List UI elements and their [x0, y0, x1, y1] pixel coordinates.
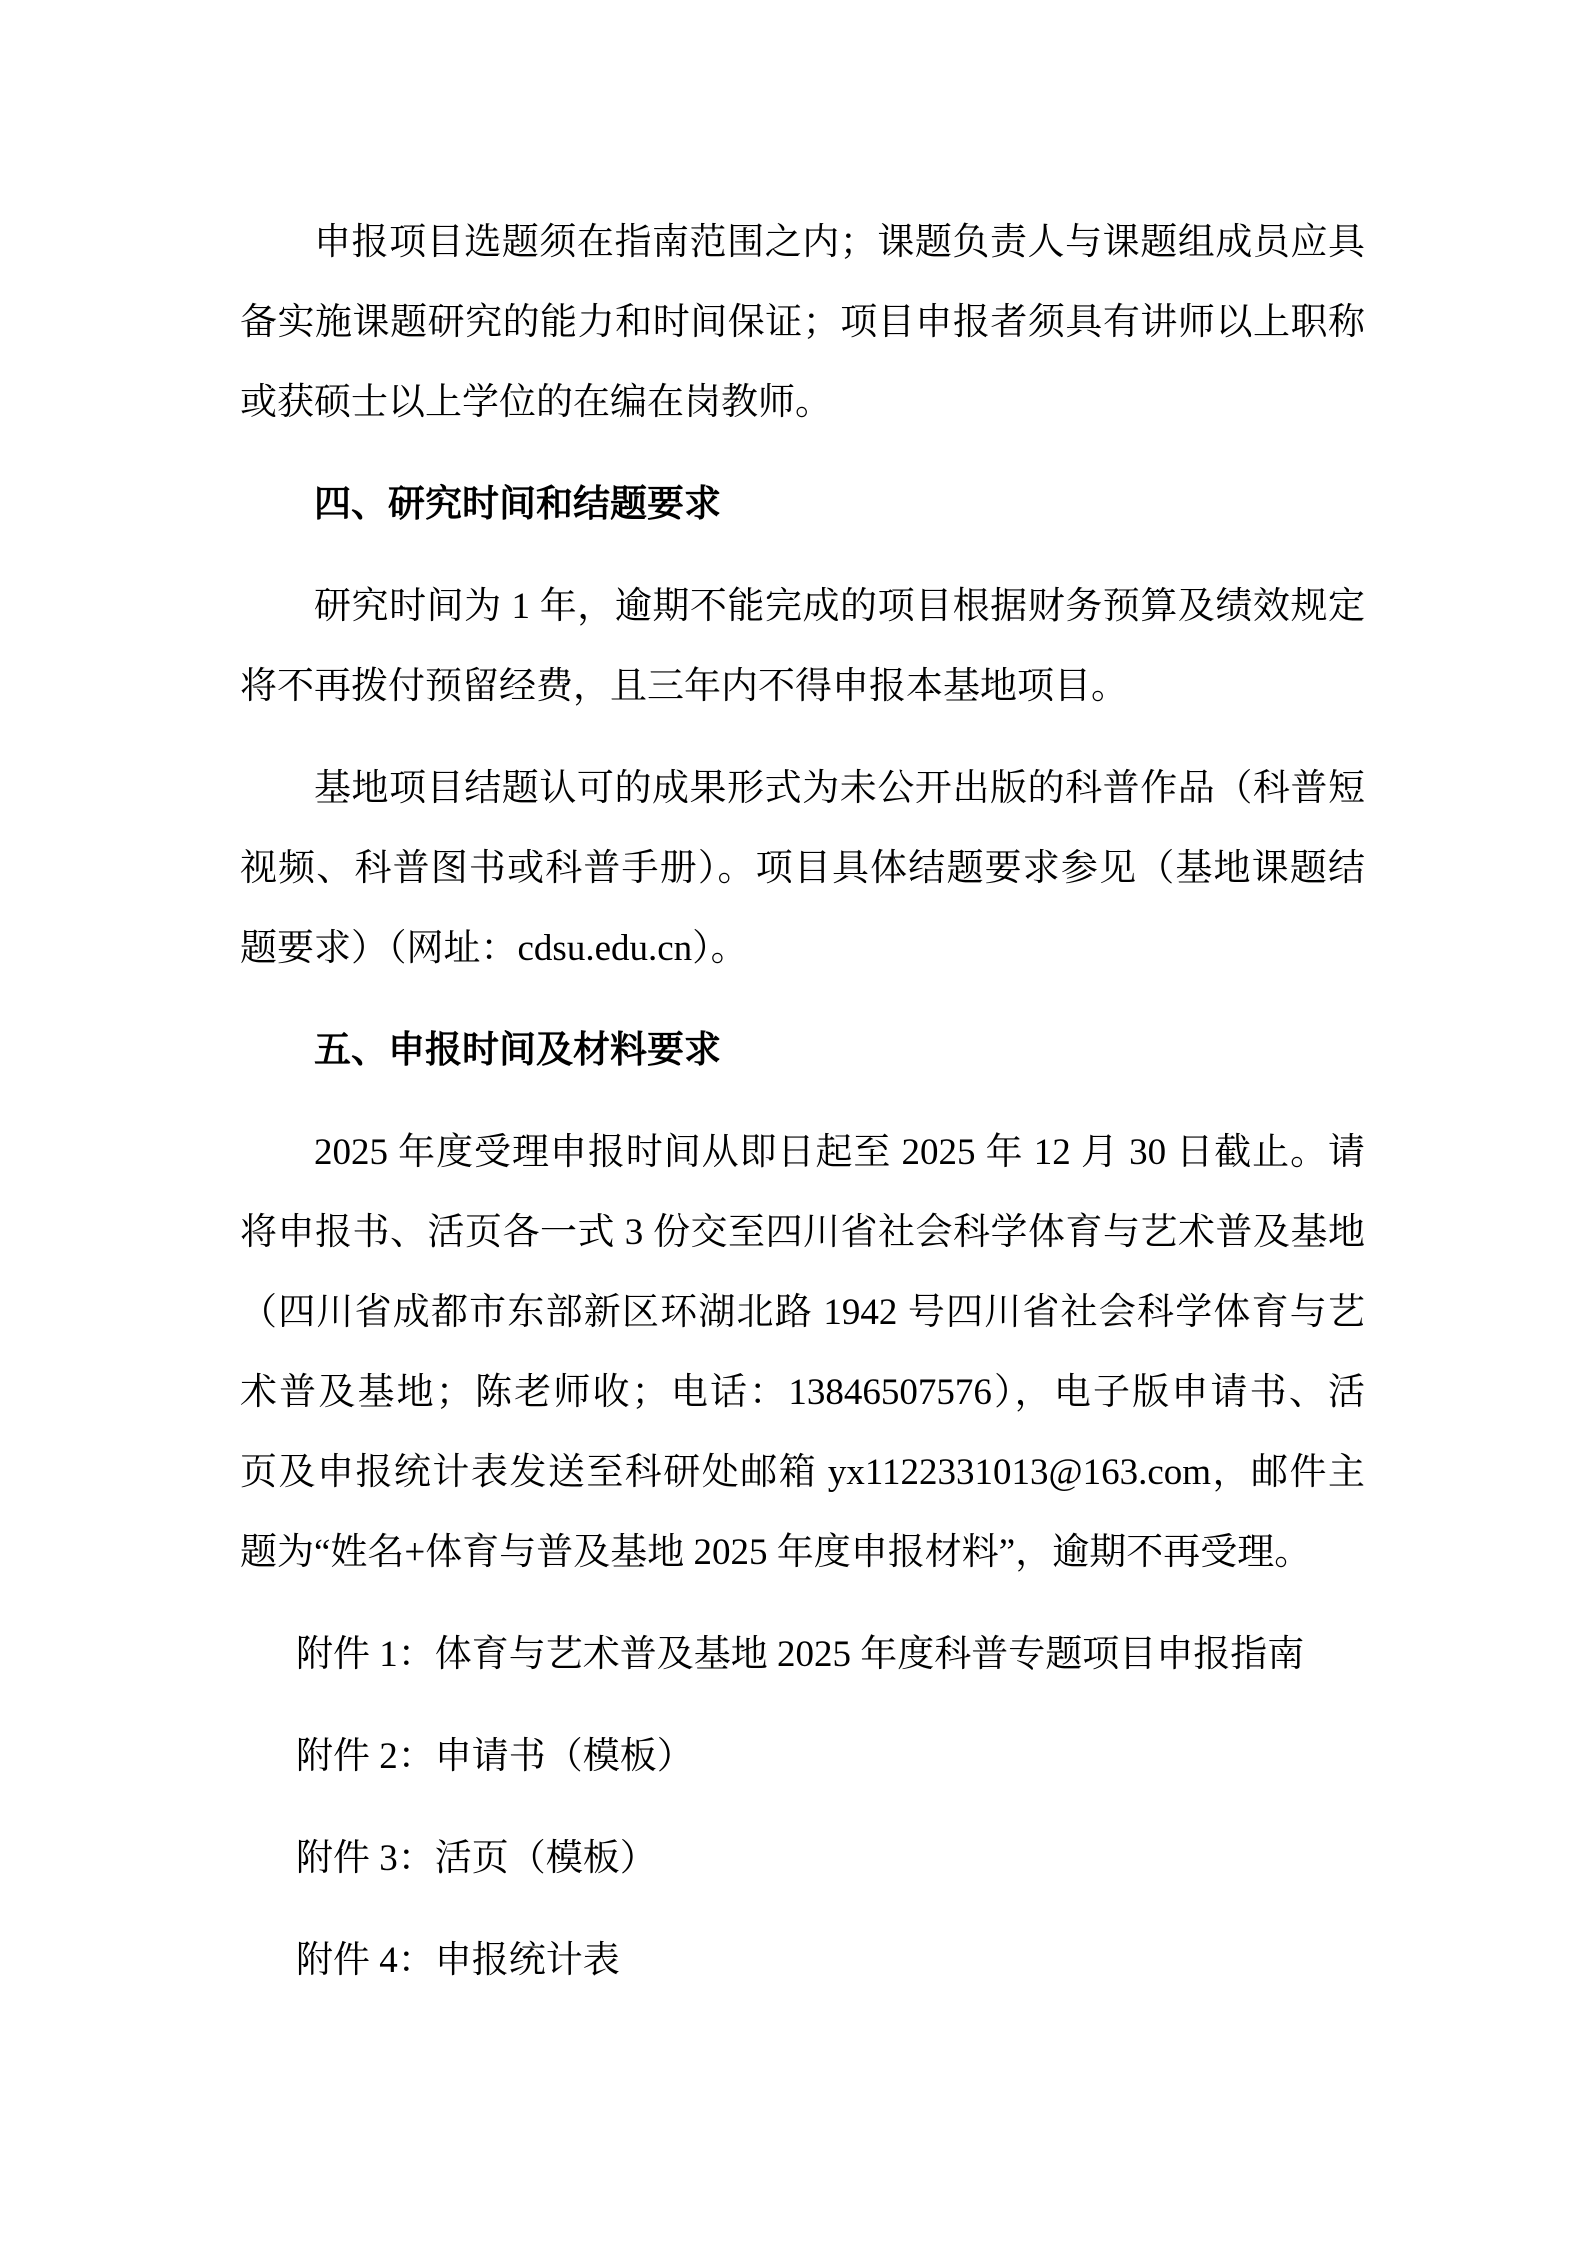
body-line: 或获硕士以上学位的在编在岗教师。	[240, 363, 1365, 443]
body-line: 研究时间为 1 年，逾期不能完成的项目根据财务预算及绩效规定	[240, 567, 1365, 647]
body-line: 题为“姓名+体育与普及基地 2025 年度申报材料”，逾期不再受理。	[240, 1513, 1365, 1593]
paragraph-eligibility: 申报项目选题须在指南范围之内；课题负责人与课题组成员应具 备实施课题研究的能力和…	[240, 203, 1365, 443]
body-line: （四川省成都市东部新区环湖北路 1942 号四川省社会科学体育与艺	[240, 1273, 1365, 1353]
attachment-line-1: 附件 1：体育与艺术普及基地 2025 年度科普专题项目申报指南	[240, 1615, 1365, 1695]
attachment-line-3: 附件 3：活页（模板）	[240, 1819, 1365, 1899]
document-content: 申报项目选题须在指南范围之内；课题负责人与课题组成员应具 备实施课题研究的能力和…	[240, 203, 1365, 2023]
attachment-line-2: 附件 2：申请书（模板）	[240, 1717, 1365, 1797]
body-line: 备实施课题研究的能力和时间保证；项目申报者须具有讲师以上职称	[240, 283, 1365, 363]
body-line: 基地项目结题认可的成果形式为未公开出版的科普作品（科普短	[240, 749, 1365, 829]
document-page: 申报项目选题须在指南范围之内；课题负责人与课题组成员应具 备实施课题研究的能力和…	[0, 0, 1586, 2245]
paragraph-completion-requirements: 基地项目结题认可的成果形式为未公开出版的科普作品（科普短 视频、科普图书或科普手…	[240, 749, 1365, 989]
attachment-line-4: 附件 4：申报统计表	[240, 1921, 1365, 2001]
body-line: 将申报书、活页各一式 3 份交至四川省社会科学体育与艺术普及基地	[240, 1193, 1365, 1273]
paragraph-application-materials: 2025 年度受理申报时间从即日起至 2025 年 12 月 30 日截止。请 …	[240, 1113, 1365, 1593]
paragraph-research-time: 研究时间为 1 年，逾期不能完成的项目根据财务预算及绩效规定 将不再拨付预留经费…	[240, 567, 1365, 727]
section-heading-4: 四、研究时间和结题要求	[240, 465, 1365, 545]
section-heading-5: 五、申报时间及材料要求	[240, 1011, 1365, 1091]
body-line: 申报项目选题须在指南范围之内；课题负责人与课题组成员应具	[240, 203, 1365, 283]
body-line: 2025 年度受理申报时间从即日起至 2025 年 12 月 30 日截止。请	[240, 1113, 1365, 1193]
body-line: 页及申报统计表发送至科研处邮箱 yx1122331013@163.com，邮件主	[240, 1433, 1365, 1513]
body-line: 术普及基地；陈老师收；电话：13846507576），电子版申请书、活	[240, 1353, 1365, 1433]
body-line: 题要求）（网址：cdsu.edu.cn）。	[240, 909, 1365, 989]
body-line: 将不再拨付预留经费，且三年内不得申报本基地项目。	[240, 647, 1365, 727]
body-line: 视频、科普图书或科普手册）。项目具体结题要求参见（基地课题结	[240, 829, 1365, 909]
